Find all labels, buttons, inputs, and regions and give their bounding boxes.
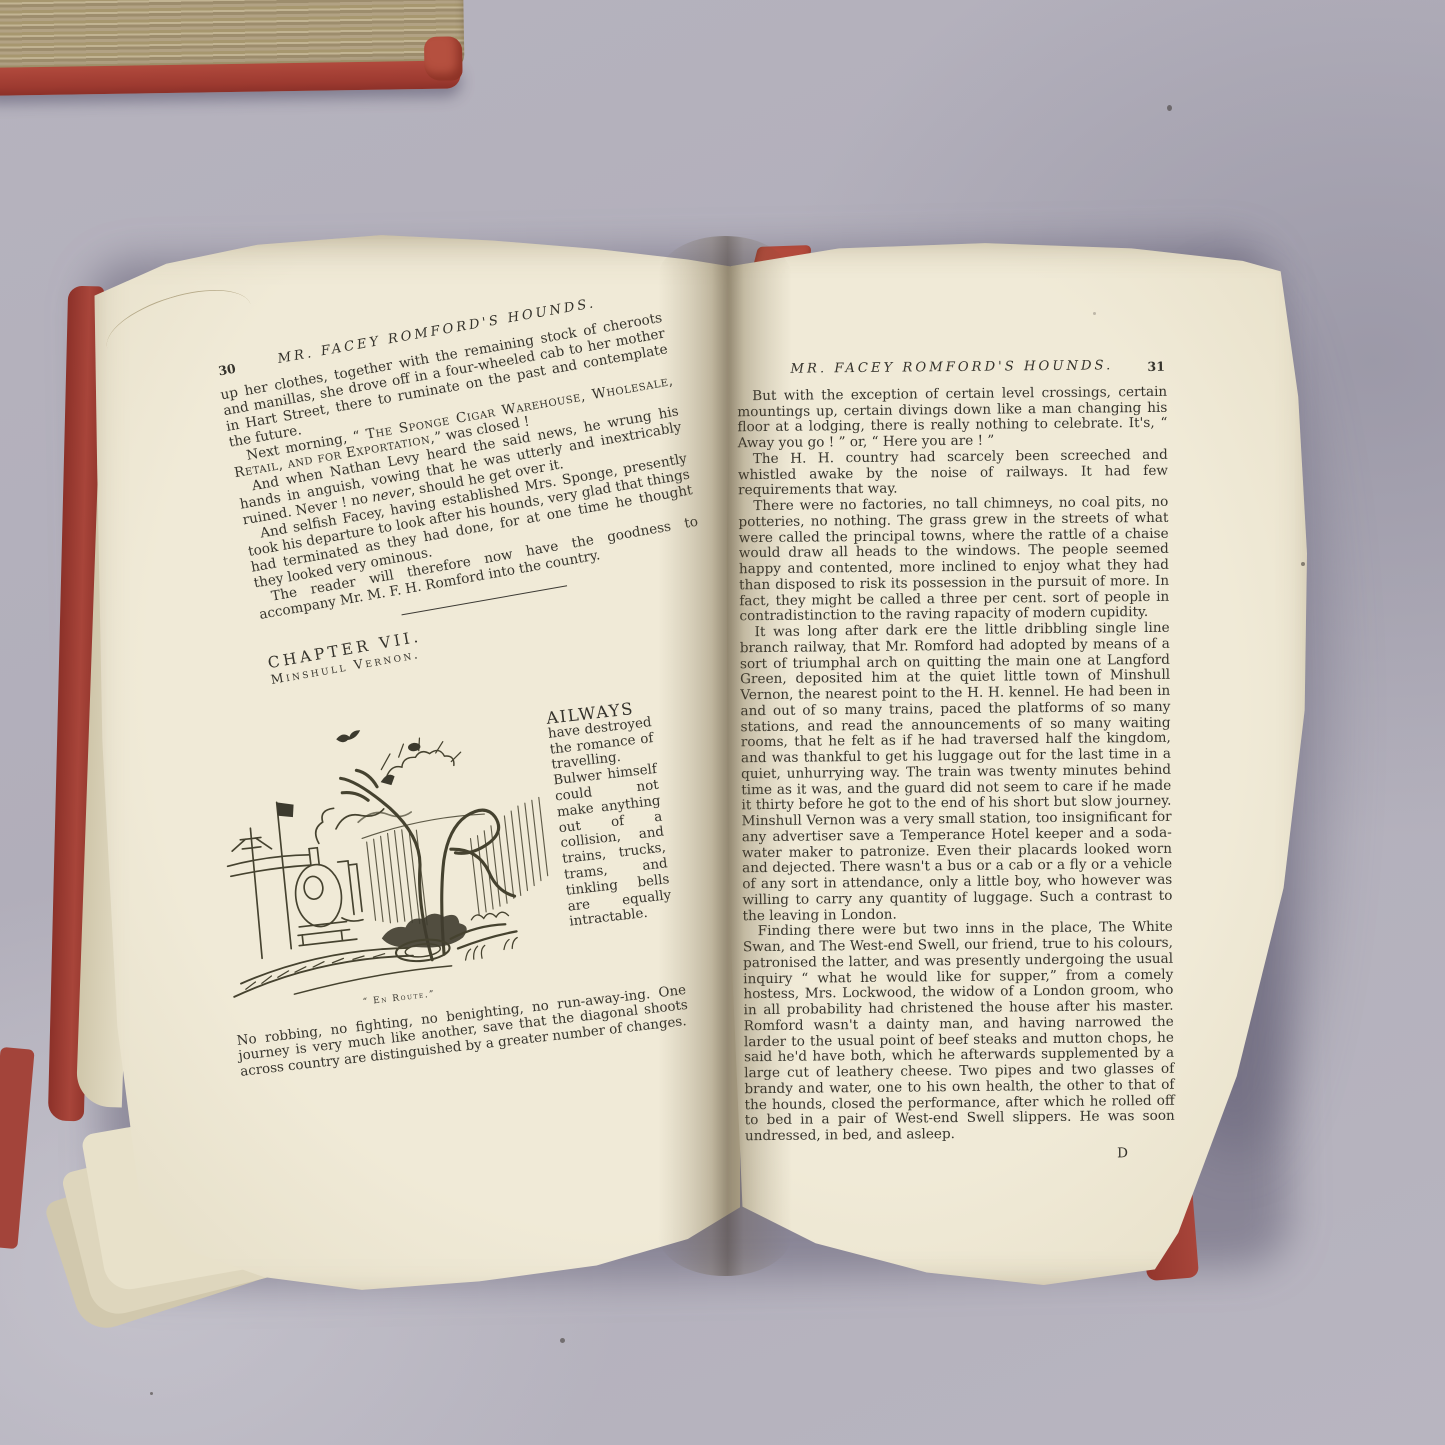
paragraph: There were no factories, no tall chimney… [738,495,1169,625]
dust-speck [150,1392,153,1395]
closed-book-cover-corner [424,36,463,81]
photo-scene: 30 MR. FACEY ROMFORD'S HOUNDS. up her cl… [0,0,1445,1445]
paragraph: Finding there were but two inns in the p… [743,920,1175,1145]
bird-icon [335,730,361,743]
chapter-illustration: “ En Route.” [203,706,565,1025]
dust-speck [1093,312,1096,315]
hatched-embankment [360,797,552,931]
perched-bird-icon [380,774,396,786]
right-page-text: MR. FACEY ROMFORD'S HOUNDS. 31 But with … [737,358,1175,1166]
paragraph: But with the exception of certain level … [737,385,1168,452]
paragraph: The H. H. country had scarcely been scre… [738,448,1168,500]
locomotive [288,844,365,946]
left-cover-bottom-edge [0,1047,35,1249]
dust-speck [1167,105,1172,111]
dust-speck [1301,562,1305,566]
dropcap-paragraph: have destroyed the romance of travelling… [547,715,672,930]
paragraph: It was long after dark ere the little dr… [740,621,1173,925]
closed-book-red-cover [0,60,461,95]
left-page-number: 30 [217,361,237,380]
right-page-number: 31 [1147,359,1165,375]
dust-speck [560,1338,565,1343]
right-running-head: MR. FACEY ROMFORD'S HOUNDS. 31 [737,358,1167,378]
closed-book [0,0,469,102]
right-running-head-title: MR. FACEY ROMFORD'S HOUNDS. [790,358,1113,376]
left-page-lower: “ En Route.” AILWAYS have destroyed the … [203,693,692,1094]
wrapped-text-column: AILWAYS have destroyed the romance of tr… [545,693,674,930]
